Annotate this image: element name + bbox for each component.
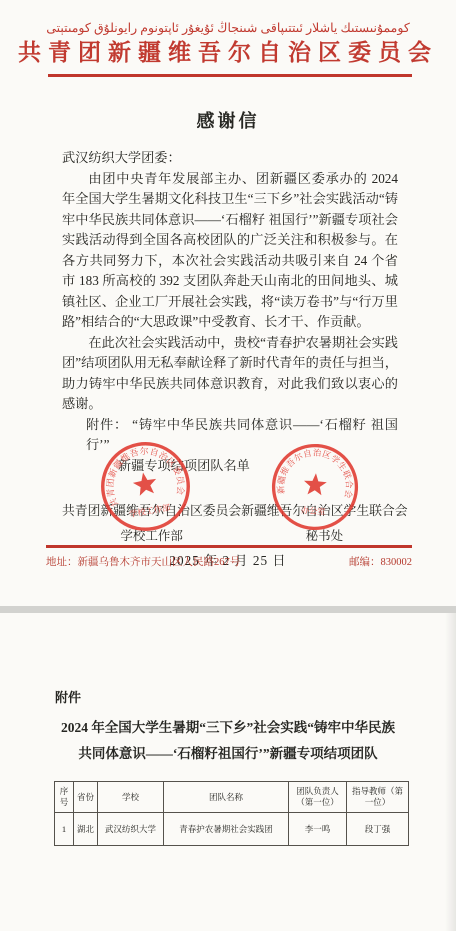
signature-right: 新疆维吾尔自治区学生联合会 秘书处	[241, 500, 407, 544]
org-name-chinese: 共青团新疆维吾尔自治区委员会	[0, 40, 456, 66]
header-province: 省份	[74, 782, 98, 813]
header-school: 学校	[98, 782, 164, 813]
letterhead: كوممۇنىستىك ياشلار ئىتتىپاقى شىنجاڭ ئۇيغ…	[0, 0, 456, 66]
attachment-note-line1: 附件： “铸牢中华民族共同体意识——‘石榴籽 祖国行’”	[86, 415, 398, 456]
letter-footer: 地址：新疆乌鲁木齐市天山区人民路267号 邮编：830002	[46, 545, 412, 569]
signature-row: 共青团新疆维吾尔自治区委员会 学校工作部 新疆维吾尔自治区学生联合会 秘书处	[62, 500, 396, 544]
attachment-title-line2: 共同体意识——‘石榴籽祖国行’”新疆专项结项团队	[0, 741, 456, 767]
scanned-document: { "letter": { "header": { "org_name_uygh…	[0, 0, 456, 931]
page-edge-shadow	[445, 613, 456, 931]
attachment-label: 附件	[55, 613, 456, 706]
signature-left: 共青团新疆维吾尔自治区委员会 学校工作部	[62, 500, 241, 544]
page-separator	[0, 606, 456, 613]
footer-postcode: 邮编：830002	[349, 554, 412, 569]
cell-province: 湖北	[74, 813, 98, 846]
cell-team-name: 青春护农暑期社会实践团	[164, 813, 289, 846]
header-team-name: 团队名称	[164, 782, 289, 813]
letterhead-rule	[48, 74, 412, 77]
letter-paragraph-1: 由团中央青年发展部主办、团新疆区委承办的 2024 年全国大学生暑期文化科技卫生…	[62, 169, 398, 333]
header-index: 序号	[55, 782, 74, 813]
signature-left-dept: 学校工作部	[62, 526, 241, 544]
cell-team-leader: 李一鸣	[289, 813, 347, 846]
cell-index: 1	[55, 813, 74, 846]
footer-address: 地址：新疆乌鲁木齐市天山区人民路267号	[46, 554, 240, 569]
letter-salutation: 武汉纺织大学团委：	[62, 148, 398, 169]
attachment-title: 2024 年全国大学生暑期“三下乡”社会实践“铸牢中华民族 共同体意识——‘石榴…	[0, 715, 456, 767]
attachment-page: 附件 2024 年全国大学生暑期“三下乡”社会实践“铸牢中华民族 共同体意识——…	[0, 613, 456, 931]
results-table: 序号 省份 学校 团队名称 团队负责人（第一位） 指导教师（第一位） 1 湖北 …	[54, 781, 409, 846]
header-team-leader: 团队负责人（第一位）	[289, 782, 347, 813]
org-name-uyghur: كوممۇنىستىك ياشلار ئىتتىپاقى شىنجاڭ ئۇيغ…	[0, 20, 456, 36]
letter-title: 感谢信	[0, 109, 456, 133]
footer-row: 地址：新疆乌鲁木齐市天山区人民路267号 邮编：830002	[46, 554, 412, 569]
signature-right-org: 新疆维吾尔自治区学生联合会	[241, 500, 407, 519]
footer-rule	[46, 545, 412, 548]
signature-right-dept: 秘书处	[241, 526, 407, 544]
letter-paragraph-2: 在此次社会实践活动中，贵校“青春护农暑期社会实践团”结项团队用无私奉献诠释了新时…	[62, 333, 398, 415]
header-advisor: 指导教师（第一位）	[347, 782, 409, 813]
letter-page: كوممۇنىستىك ياشلار ئىتتىپاقى شىنجاڭ ئۇيغ…	[0, 0, 456, 606]
cell-school: 武汉纺织大学	[98, 813, 164, 846]
signature-left-org: 共青团新疆维吾尔自治区委员会	[62, 500, 241, 519]
table-header-row: 序号 省份 学校 团队名称 团队负责人（第一位） 指导教师（第一位）	[55, 782, 409, 813]
letter-body: 武汉纺织大学团委： 由团中央青年发展部主办、团新疆区委承办的 2024 年全国大…	[62, 148, 398, 476]
table-row: 1 湖北 武汉纺织大学 青春护农暑期社会实践团 李一鸣 段丁强	[55, 813, 409, 846]
cell-advisor: 段丁强	[347, 813, 409, 846]
attachment-note-line2: 新疆专项结项团队名单	[118, 456, 398, 477]
attachment-title-line1: 2024 年全国大学生暑期“三下乡”社会实践“铸牢中华民族	[0, 715, 456, 741]
